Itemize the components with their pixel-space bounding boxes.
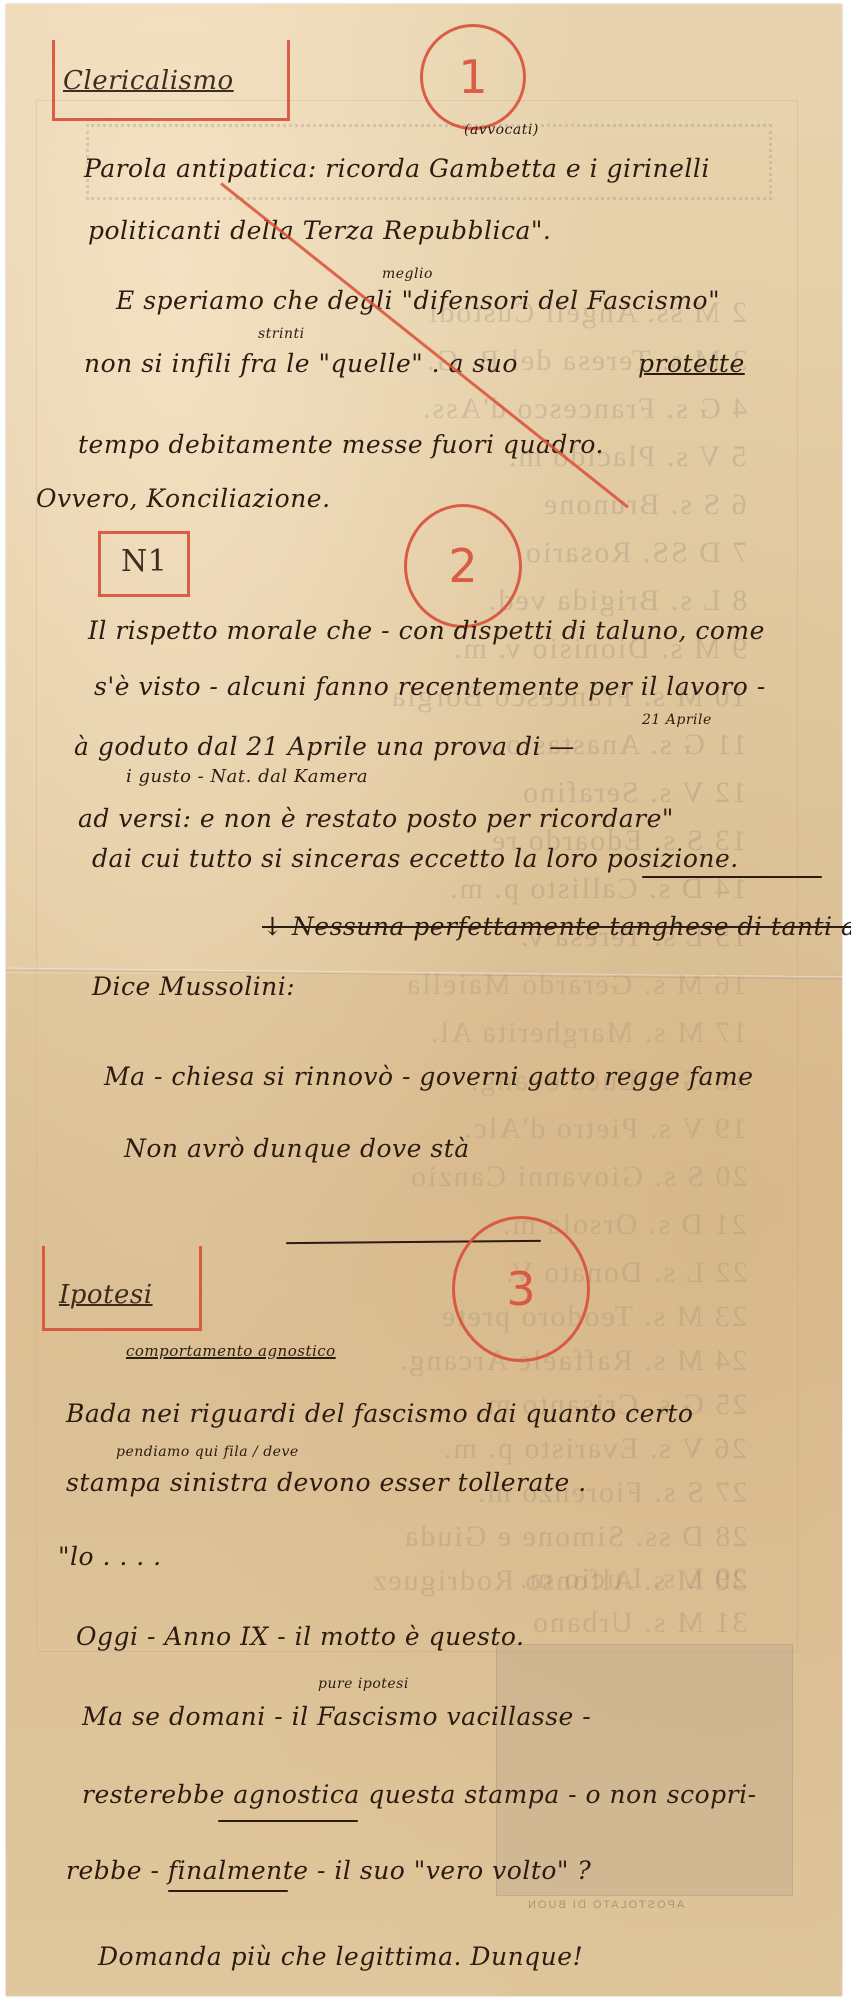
section-number-1: 1 bbox=[420, 24, 526, 130]
underline-stroke bbox=[642, 876, 822, 878]
underline-stroke bbox=[218, 1820, 358, 1822]
text-line: Ovvero, Konciliazione. bbox=[36, 484, 331, 513]
text-line: Domanda più che legittima. Dunque! bbox=[98, 1942, 583, 1971]
text-line: Non avrò dunque dove stà bbox=[124, 1134, 470, 1163]
text-line: ad versi: e non è restato posto per rico… bbox=[78, 804, 674, 833]
text-line: s'è visto - alcuni fanno recentemente pe… bbox=[94, 672, 766, 701]
section-number-3-label: 3 bbox=[506, 1262, 535, 1316]
text-line: Parola antipatica: ricorda Gambetta e i … bbox=[84, 154, 710, 183]
text-line: resterebbe agnostica questa stampa - o n… bbox=[82, 1780, 757, 1809]
text-line: tempo debitamente messe fuori quadro. bbox=[78, 430, 604, 459]
calendar-row: 6 S s. Brunone bbox=[542, 488, 747, 522]
section-number-2-label: 2 bbox=[448, 539, 477, 593]
section-number-1-label: 1 bbox=[458, 50, 487, 104]
text-line: stampa sinistra devono esser tollerate . bbox=[66, 1468, 587, 1497]
text-line: i gusto - Nat. dal Kamera bbox=[126, 766, 368, 787]
text-line: Dice Mussolini: bbox=[92, 972, 295, 1001]
text-line: Ma se domani - il Fascismo vacillasse - bbox=[82, 1702, 591, 1731]
text-line: Ma - chiesa si rinnovò - governi gatto r… bbox=[104, 1062, 754, 1091]
text-line: non si infili fra le "quelle" . a suo bbox=[84, 349, 518, 378]
interlinear-note: meglio bbox=[382, 266, 433, 282]
heading-box-3: Ipotesi bbox=[42, 1246, 202, 1331]
text-line: à goduto dal 21 Aprile una prova di — bbox=[74, 732, 575, 761]
section-number-3: 3 bbox=[452, 1216, 590, 1362]
text-line: "lo . . . . bbox=[58, 1542, 162, 1571]
calendar-row: 8 L s. Brigida ved. bbox=[487, 584, 747, 618]
underlined-word: protette bbox=[638, 349, 745, 378]
interlinear-note: comportamento agnostico bbox=[126, 1342, 336, 1360]
text-line: Il rispetto morale che - con dispetti di… bbox=[88, 616, 765, 645]
interlinear-note: pure ipotesi bbox=[318, 1676, 409, 1692]
heading-box-1: Clericalismo bbox=[52, 40, 290, 121]
section-number-2: 2 bbox=[404, 504, 522, 628]
heading-box-2: N1 bbox=[98, 531, 190, 597]
text-line: Bada nei riguardi del fascismo dai quant… bbox=[66, 1399, 693, 1428]
interlinear-note: strinti bbox=[258, 326, 305, 342]
text-line-struck: ↓ Nessuna perfettamente tanghese di tant… bbox=[262, 912, 851, 941]
heading-ipotesi: Ipotesi bbox=[59, 1280, 153, 1310]
calendar-row: 7 D SS. Rosario bbox=[524, 536, 747, 570]
interlinear-note: 21 Aprile bbox=[642, 712, 712, 728]
heading-n1: N1 bbox=[121, 544, 167, 579]
text-line: rebbe - finalmente - il suo "vero volto"… bbox=[66, 1856, 591, 1885]
text-line: dai cui tutto si sinceras eccetto la lor… bbox=[92, 844, 739, 873]
calendar-row: 4 G s. Francesco d'Ass. bbox=[421, 392, 747, 426]
interlinear-note: (avvocati) bbox=[464, 122, 539, 138]
text-line: Oggi - Anno IX - il motto è questo. bbox=[76, 1622, 524, 1651]
text-line: E speriamo che degli "difensori del Fasc… bbox=[116, 286, 720, 315]
text-line: politicanti della Terza Repubblica". bbox=[88, 216, 551, 245]
interlinear-note: pendiamo qui fila / deve bbox=[116, 1444, 299, 1460]
heading-clericalismo: Clericalismo bbox=[63, 66, 234, 96]
underline-stroke bbox=[168, 1890, 288, 1892]
manuscript-page: 2 M ss. Angeli Custodi 3 M s. Teresa del… bbox=[6, 4, 842, 1996]
